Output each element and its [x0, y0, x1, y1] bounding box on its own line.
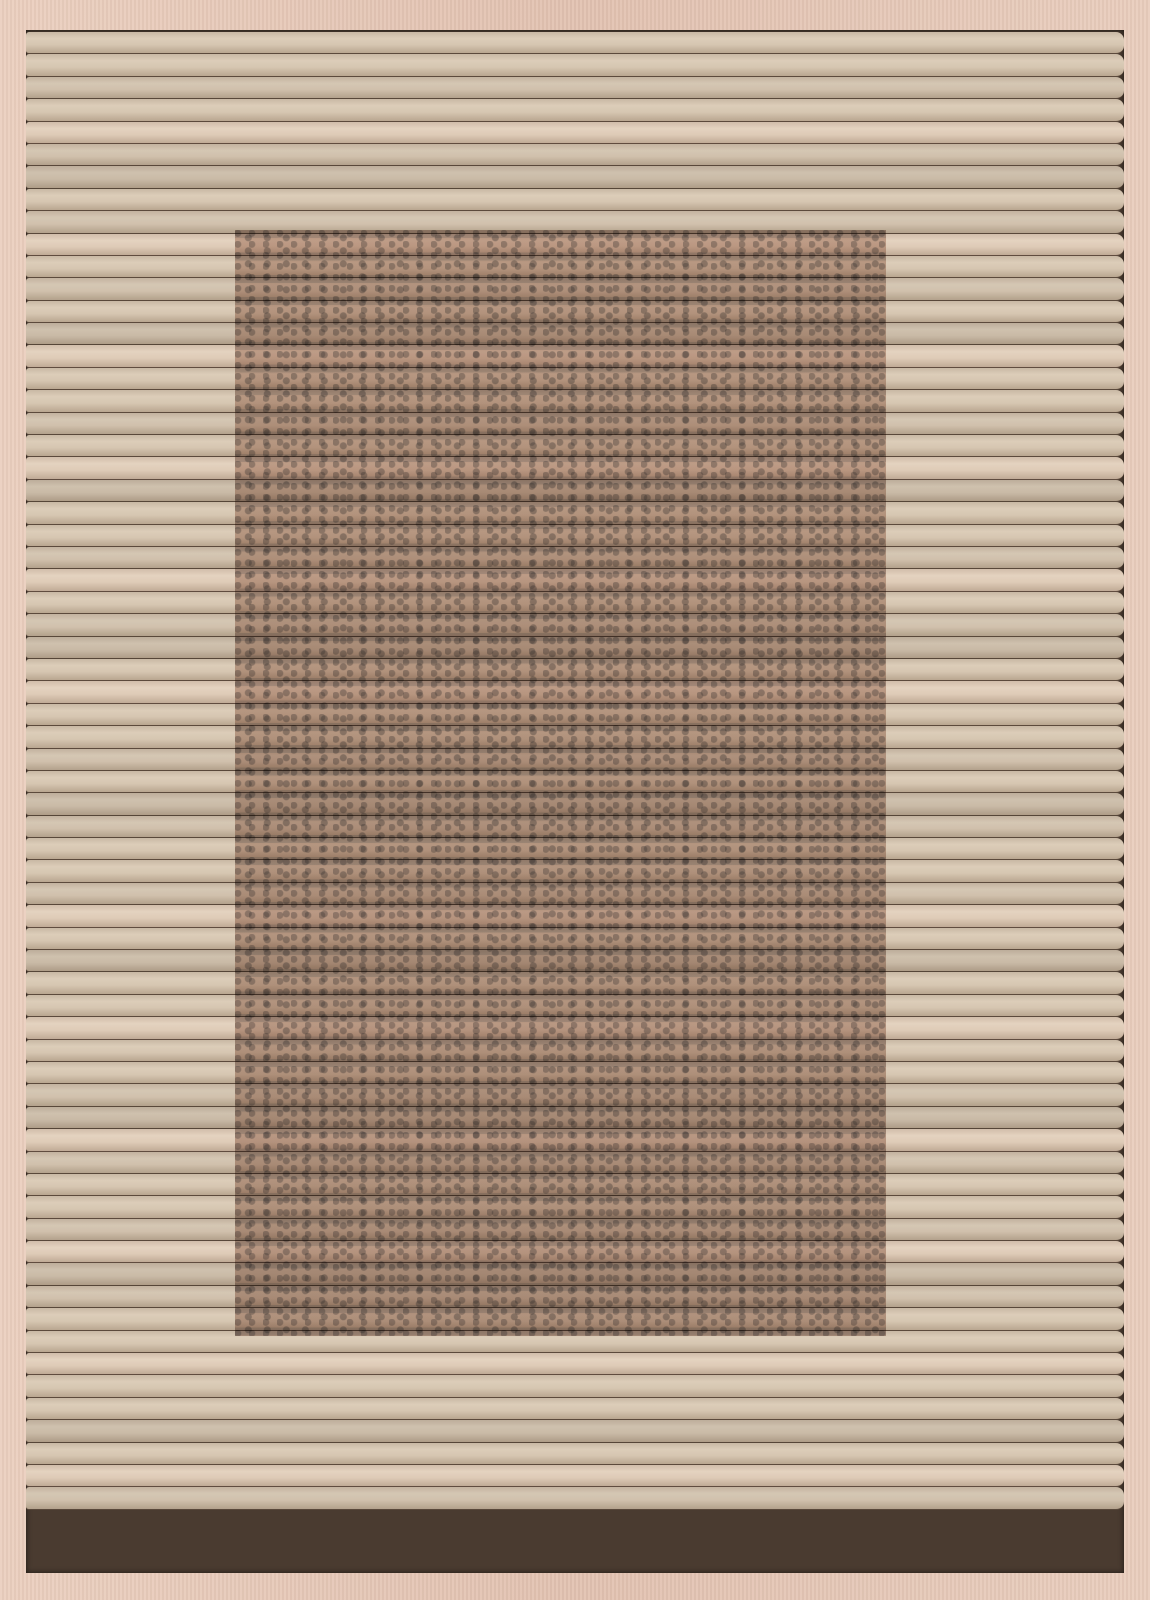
paper-tube	[26, 1398, 1124, 1420]
paper-tube	[26, 144, 1124, 166]
wooden-frame: Framed artwork of horizontally stacked r…	[0, 0, 1150, 1600]
paper-tube-panel	[26, 30, 1124, 1573]
paper-tube	[26, 1465, 1124, 1487]
paper-tube	[26, 1443, 1124, 1465]
paper-tube	[26, 189, 1124, 211]
ink-text-block	[235, 230, 886, 1336]
paper-tube	[26, 99, 1124, 121]
paper-tube	[26, 122, 1124, 144]
paper-tube	[26, 54, 1124, 76]
paper-tube	[26, 32, 1124, 54]
paper-tube	[26, 1375, 1124, 1397]
paper-tube	[26, 77, 1124, 99]
ink-marks	[235, 230, 886, 1336]
paper-tube	[26, 166, 1124, 188]
paper-tube	[26, 1420, 1124, 1442]
paper-tube	[26, 1353, 1124, 1375]
paper-tube	[26, 1487, 1124, 1509]
